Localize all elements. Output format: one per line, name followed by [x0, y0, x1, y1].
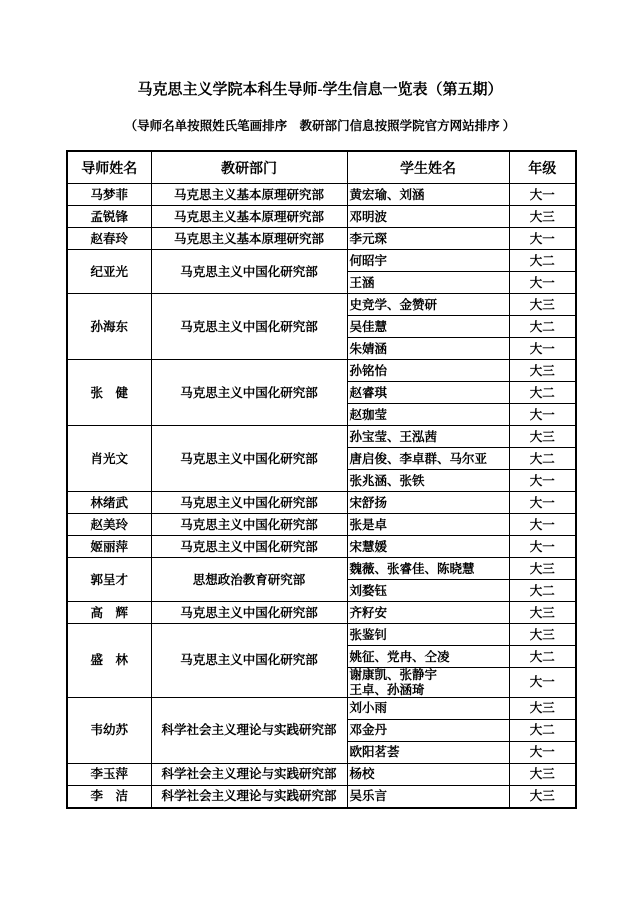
- table-row: 姬丽萍马克思主义中国化研究部宋慧媛大一: [67, 536, 576, 558]
- students-cell: 吴乐言: [347, 786, 509, 809]
- students-cell: 欧阳茗荟: [347, 742, 509, 764]
- students-cell: 史竞学、金赞研: [347, 294, 509, 316]
- table-row: 郭呈才思想政治教育研究部魏薇、张睿佳、陈晓慧大三: [67, 558, 576, 580]
- header-grade: 年级: [509, 151, 576, 184]
- grade-cell: 大二: [509, 580, 576, 602]
- header-row: 导师姓名 教研部门 学生姓名 年级: [67, 151, 576, 184]
- grade-cell: 大三: [509, 294, 576, 316]
- mentor-cell: 孟锐锋: [67, 206, 151, 228]
- table-header: 导师姓名 教研部门 学生姓名 年级: [67, 151, 576, 184]
- department-cell: 马克思主义中国化研究部: [151, 250, 347, 294]
- students-cell: 刘婺钰: [347, 580, 509, 602]
- students-cell: 刘小雨: [347, 698, 509, 720]
- header-mentor-name: 导师姓名: [67, 151, 151, 184]
- students-cell: 姚征、党冉、仝凌: [347, 646, 509, 668]
- mentor-cell: 盛 林: [67, 624, 151, 698]
- table-row: 李玉萍科学社会主义理论与实践研究部杨校大三: [67, 764, 576, 786]
- mentor-cell: 姬丽萍: [67, 536, 151, 558]
- grade-cell: 大三: [509, 786, 576, 809]
- grade-cell: 大一: [509, 536, 576, 558]
- department-cell: 科学社会主义理论与实践研究部: [151, 698, 347, 764]
- mentor-cell: 李玉萍: [67, 764, 151, 786]
- mentor-cell: 肖光文: [67, 426, 151, 492]
- grade-cell: 大三: [509, 206, 576, 228]
- department-cell: 马克思主义基本原理研究部: [151, 206, 347, 228]
- table-row: 林绪武马克思主义中国化研究部宋舒扬大一: [67, 492, 576, 514]
- mentor-cell: 马梦菲: [67, 184, 151, 206]
- students-cell: 张是卓: [347, 514, 509, 536]
- header-department: 教研部门: [151, 151, 347, 184]
- grade-cell: 大一: [509, 470, 576, 492]
- mentor-cell: 林绪武: [67, 492, 151, 514]
- grade-cell: 大一: [509, 184, 576, 206]
- students-cell: 齐籽安: [347, 602, 509, 624]
- document-subtitle: （导师名单按照姓氏笔画排序 教研部门信息按照学院官方网站排序 ）: [0, 120, 640, 134]
- students-cell: 邓明波: [347, 206, 509, 228]
- grade-cell: 大二: [509, 382, 576, 404]
- mentor-cell: 赵美玲: [67, 514, 151, 536]
- students-cell: 宋慧媛: [347, 536, 509, 558]
- students-cell: 何昭宇: [347, 250, 509, 272]
- students-cell: 宋舒扬: [347, 492, 509, 514]
- grade-cell: 大二: [509, 316, 576, 338]
- table-row: 张 健马克思主义中国化研究部孙铭怡大三: [67, 360, 576, 382]
- department-cell: 科学社会主义理论与实践研究部: [151, 764, 347, 786]
- students-line: 王卓、孙涵琦: [350, 683, 507, 697]
- students-cell: 赵睿琪: [347, 382, 509, 404]
- grade-cell: 大一: [509, 404, 576, 426]
- grade-cell: 大二: [509, 720, 576, 742]
- grade-cell: 大一: [509, 338, 576, 360]
- grade-cell: 大一: [509, 514, 576, 536]
- department-cell: 马克思主义中国化研究部: [151, 294, 347, 360]
- department-cell: 马克思主义中国化研究部: [151, 536, 347, 558]
- department-cell: 马克思主义基本原理研究部: [151, 228, 347, 250]
- mentor-cell: 纪亚光: [67, 250, 151, 294]
- students-line: 谢康凯、张静宇: [350, 668, 507, 682]
- students-cell: 吴佳慧: [347, 316, 509, 338]
- document-page: 马克思主义学院本科生导师-学生信息一览表（第五期） （导师名单按照姓氏笔画排序 …: [0, 0, 640, 905]
- grade-cell: 大二: [509, 646, 576, 668]
- grade-cell: 大一: [509, 492, 576, 514]
- students-cell: 孙宝莹、王泓茜: [347, 426, 509, 448]
- grade-cell: 大三: [509, 602, 576, 624]
- grade-cell: 大一: [509, 228, 576, 250]
- mentor-cell: 赵春玲: [67, 228, 151, 250]
- students-cell: 王涵: [347, 272, 509, 294]
- table-row: 马梦菲马克思主义基本原理研究部黄宏瑜、刘涵大一: [67, 184, 576, 206]
- students-cell: 魏薇、张睿佳、陈晓慧: [347, 558, 509, 580]
- grade-cell: 大一: [509, 668, 576, 698]
- students-cell: 张鉴钊: [347, 624, 509, 646]
- mentor-cell: 张 健: [67, 360, 151, 426]
- students-cell: 孙铭怡: [347, 360, 509, 382]
- mentor-student-table: 导师姓名 教研部门 学生姓名 年级 马梦菲马克思主义基本原理研究部黄宏瑜、刘涵大…: [66, 150, 577, 809]
- mentor-cell: 李 洁: [67, 786, 151, 809]
- department-cell: 马克思主义中国化研究部: [151, 624, 347, 698]
- department-cell: 马克思主义基本原理研究部: [151, 184, 347, 206]
- table-row: 高 辉马克思主义中国化研究部齐籽安大三: [67, 602, 576, 624]
- students-cell: 唐启俊、李卓群、马尔亚: [347, 448, 509, 470]
- table-row: 肖光文马克思主义中国化研究部孙宝莹、王泓茜大三: [67, 426, 576, 448]
- table-body: 马梦菲马克思主义基本原理研究部黄宏瑜、刘涵大一孟锐锋马克思主义基本原理研究部邓明…: [67, 184, 576, 808]
- grade-cell: 大三: [509, 764, 576, 786]
- document-title: 马克思主义学院本科生导师-学生信息一览表（第五期）: [0, 0, 640, 99]
- mentor-cell: 孙海东: [67, 294, 151, 360]
- department-cell: 马克思主义中国化研究部: [151, 360, 347, 426]
- header-student-name: 学生姓名: [347, 151, 509, 184]
- department-cell: 马克思主义中国化研究部: [151, 602, 347, 624]
- mentor-cell: 郭呈才: [67, 558, 151, 602]
- department-cell: 马克思主义中国化研究部: [151, 514, 347, 536]
- table-row: 韦幼苏科学社会主义理论与实践研究部刘小雨大三: [67, 698, 576, 720]
- students-cell: 赵珈莹: [347, 404, 509, 426]
- mentor-cell: 高 辉: [67, 602, 151, 624]
- grade-cell: 大一: [509, 272, 576, 294]
- table-row: 纪亚光马克思主义中国化研究部何昭宇大二: [67, 250, 576, 272]
- students-cell: 李元琛: [347, 228, 509, 250]
- grade-cell: 大三: [509, 624, 576, 646]
- students-cell: 邓金丹: [347, 720, 509, 742]
- table-row: 赵美玲马克思主义中国化研究部张是卓大一: [67, 514, 576, 536]
- table-row: 李 洁科学社会主义理论与实践研究部吴乐言大三: [67, 786, 576, 809]
- grade-cell: 大一: [509, 742, 576, 764]
- grade-cell: 大三: [509, 426, 576, 448]
- department-cell: 马克思主义中国化研究部: [151, 492, 347, 514]
- grade-cell: 大三: [509, 558, 576, 580]
- grade-cell: 大三: [509, 360, 576, 382]
- department-cell: 马克思主义中国化研究部: [151, 426, 347, 492]
- table-row: 赵春玲马克思主义基本原理研究部李元琛大一: [67, 228, 576, 250]
- table-row: 孟锐锋马克思主义基本原理研究部邓明波大三: [67, 206, 576, 228]
- students-cell: 黄宏瑜、刘涵: [347, 184, 509, 206]
- students-cell: 谢康凯、张静宇王卓、孙涵琦: [347, 668, 509, 698]
- students-cell: 张兆涵、张铁: [347, 470, 509, 492]
- table-row: 孙海东马克思主义中国化研究部史竞学、金赞研大三: [67, 294, 576, 316]
- grade-cell: 大二: [509, 250, 576, 272]
- mentor-cell: 韦幼苏: [67, 698, 151, 764]
- department-cell: 思想政治教育研究部: [151, 558, 347, 602]
- department-cell: 科学社会主义理论与实践研究部: [151, 786, 347, 809]
- students-cell: 杨校: [347, 764, 509, 786]
- grade-cell: 大二: [509, 448, 576, 470]
- table-row: 盛 林马克思主义中国化研究部张鉴钊大三: [67, 624, 576, 646]
- grade-cell: 大三: [509, 698, 576, 720]
- students-cell: 朱婧涵: [347, 338, 509, 360]
